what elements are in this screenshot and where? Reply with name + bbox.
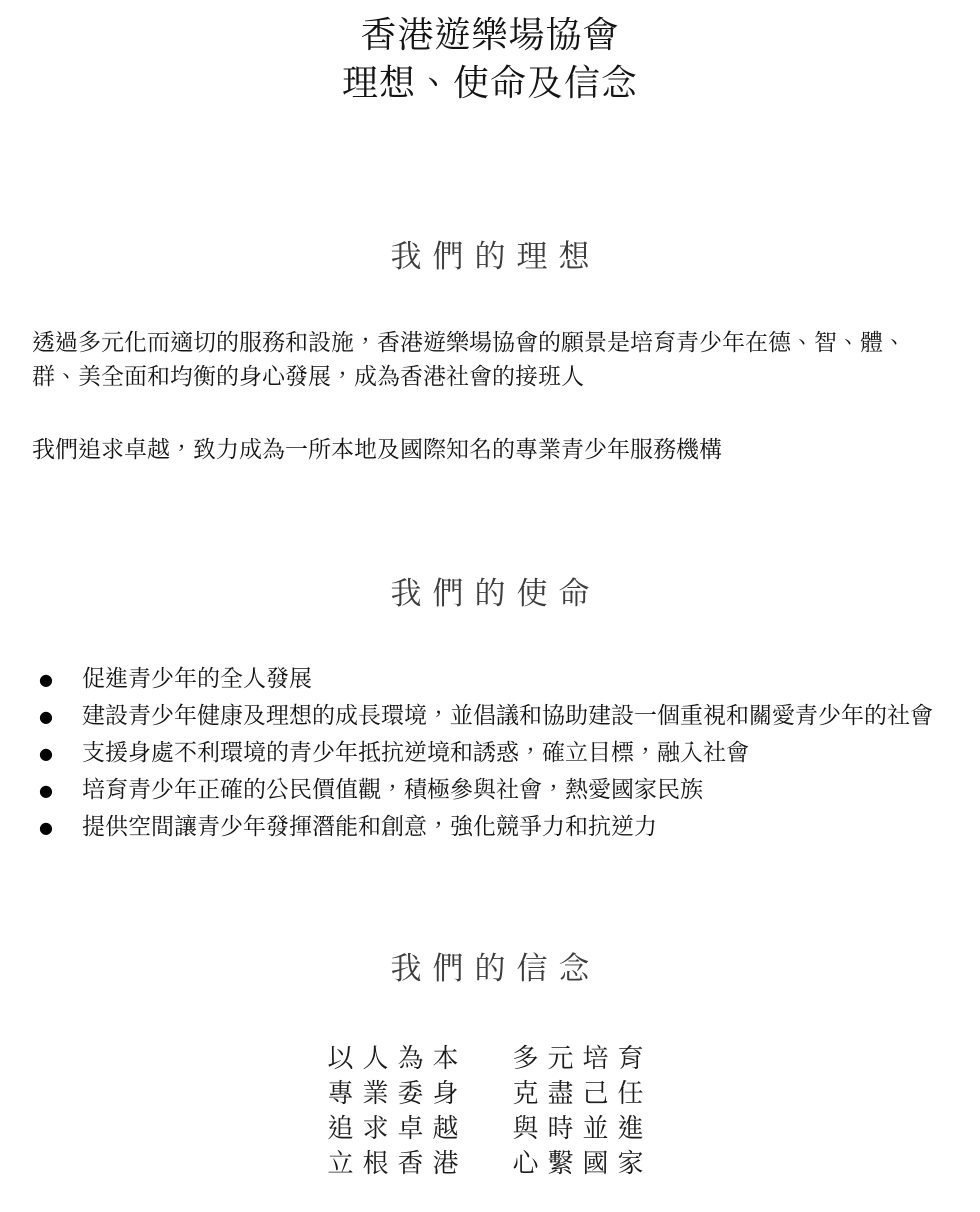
- bullet-icon: ●: [32, 772, 82, 809]
- beliefs-row: 追求卓越 與時並進: [327, 1112, 652, 1147]
- belief-phrase: 立根香港: [327, 1147, 467, 1182]
- mission-bullet-item: ● 建設青少年健康及理想的成長環境，並倡議和協助建設一個重視和關愛青少年的社會: [32, 698, 948, 735]
- section-mission: 我們的使命 ● 促進青少年的全人發展 ● 建設青少年健康及理想的成長環境，並倡議…: [0, 577, 980, 846]
- belief-phrase: 多元培育: [513, 1042, 653, 1077]
- mission-bullet-text: 支援身處不利環境的青少年抵抗逆境和誘惑，確立目標，融入社會: [82, 735, 948, 772]
- mission-bullet-item: ● 支援身處不利環境的青少年抵抗逆境和誘惑，確立目標，融入社會: [32, 735, 948, 772]
- beliefs-row: 立根香港 心繫國家: [327, 1147, 652, 1182]
- document-page: 香港遊樂場協會 理想、使命及信念 我們的理想 透過多元化而適切的服務和設施，香港…: [0, 0, 980, 1212]
- vision-paragraph-2: 我們追求卓越，致力成為一所本地及國際知名的專業青少年服務機構: [32, 433, 948, 467]
- belief-phrase: 與時並進: [513, 1112, 653, 1147]
- belief-phrase: 心繫國家: [513, 1147, 653, 1182]
- belief-phrase: 克盡己任: [513, 1077, 653, 1112]
- bullet-icon: ●: [32, 698, 82, 735]
- beliefs-grid: 以人為本 多元培育 專業委身 克盡己任 追求卓越 與時並進 立根香港 心繫國家: [0, 1042, 980, 1182]
- belief-phrase: 專業委身: [327, 1077, 467, 1112]
- section-vision: 我們的理想 透過多元化而適切的服務和設施，香港遊樂場協會的願景是培育青少年在德、…: [0, 240, 980, 467]
- vision-heading: 我們的理想: [0, 240, 980, 274]
- section-beliefs: 我們的信念 以人為本 多元培育 專業委身 克盡己任 追求卓越 與時並進 立根香港…: [0, 952, 980, 1182]
- beliefs-row: 以人為本 多元培育: [327, 1042, 652, 1077]
- mission-bullet-item: ● 培育青少年正確的公民價值觀，積極參與社會，熱愛國家民族: [32, 772, 948, 809]
- bullet-icon: ●: [32, 735, 82, 772]
- belief-phrase: 以人為本: [327, 1042, 467, 1077]
- mission-bullet-text: 培育青少年正確的公民價值觀，積極參與社會，熱愛國家民族: [82, 772, 948, 809]
- mission-bullet-item: ● 促進青少年的全人發展: [32, 661, 948, 698]
- document-title-line2: 理想、使命及信念: [0, 60, 980, 108]
- beliefs-heading: 我們的信念: [0, 952, 980, 986]
- mission-bullet-text: 建設青少年健康及理想的成長環境，並倡議和協助建設一個重視和關愛青少年的社會: [82, 698, 948, 735]
- belief-phrase: 追求卓越: [327, 1112, 467, 1147]
- mission-bullet-item: ● 提供空間讓青少年發揮潛能和創意，強化競爭力和抗逆力: [32, 809, 948, 846]
- mission-bullet-text: 促進青少年的全人發展: [82, 661, 948, 698]
- mission-bullet-text: 提供空間讓青少年發揮潛能和創意，強化競爭力和抗逆力: [82, 809, 948, 846]
- bullet-icon: ●: [32, 809, 82, 846]
- document-header: 香港遊樂場協會 理想、使命及信念: [0, 0, 980, 108]
- beliefs-row: 專業委身 克盡己任: [327, 1077, 652, 1112]
- mission-bullet-list: ● 促進青少年的全人發展 ● 建設青少年健康及理想的成長環境，並倡議和協助建設一…: [32, 661, 948, 846]
- document-title-line1: 香港遊樂場協會: [0, 12, 980, 60]
- bullet-icon: ●: [32, 661, 82, 698]
- vision-paragraph-1: 透過多元化而適切的服務和設施，香港遊樂場協會的願景是培育青少年在德、智、體、群、…: [32, 326, 948, 394]
- mission-heading: 我們的使命: [0, 577, 980, 611]
